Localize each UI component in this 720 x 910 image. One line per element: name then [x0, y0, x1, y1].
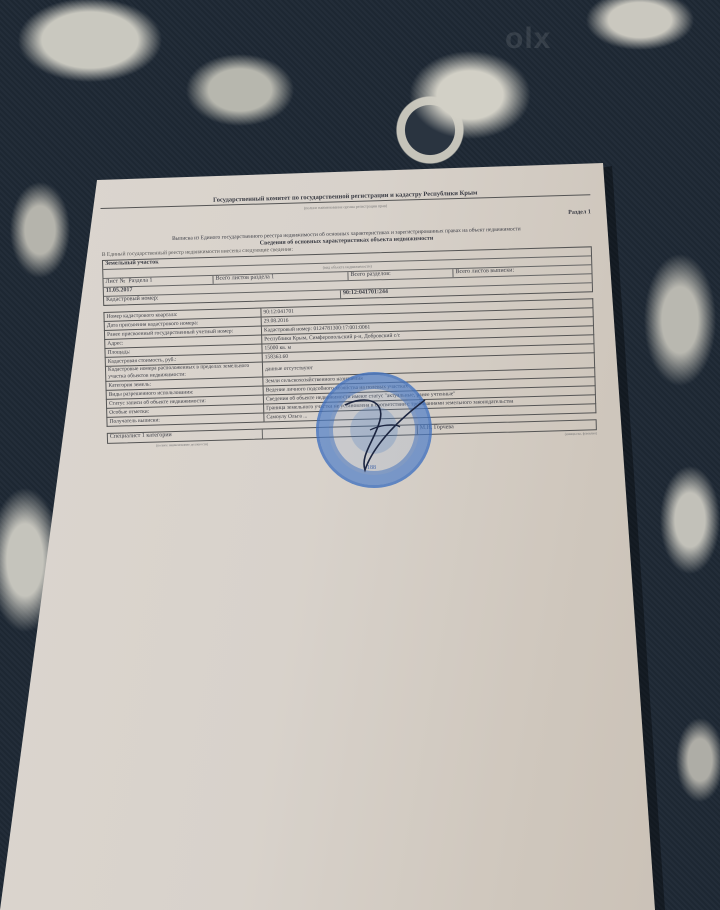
olx-watermark: olx: [505, 22, 551, 56]
section-no-value: 1: [149, 278, 152, 284]
extract-date: 11.05.2017: [104, 287, 135, 296]
sheets-in-section-label: Всего листов раздела: [215, 274, 269, 282]
section-no-label: Раздела: [128, 278, 148, 285]
object-type: Земельный участок: [103, 259, 161, 269]
sheet-no-label: Лист №: [105, 278, 125, 285]
sheets-in-section-value: 1: [271, 274, 274, 280]
handwritten-signature: [340, 385, 430, 475]
